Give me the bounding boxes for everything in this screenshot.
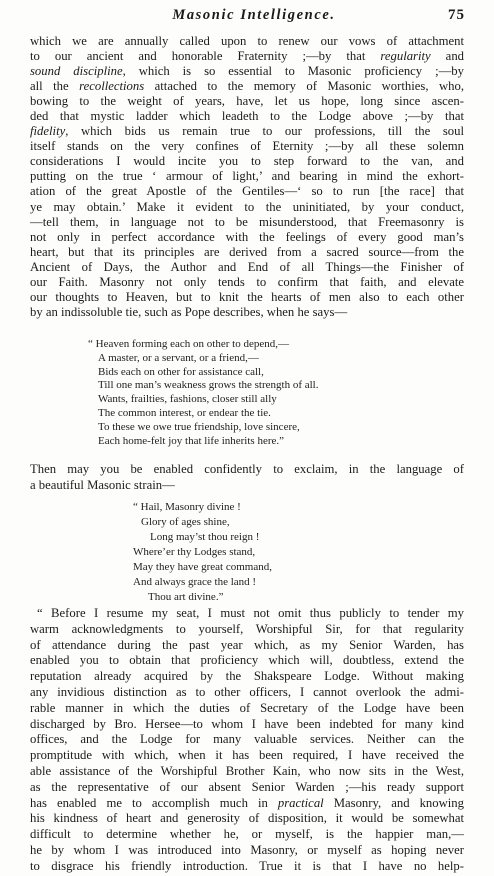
- text-line: bowing to the weight of years, have, let…: [30, 94, 464, 109]
- text-line: Where’er thy Lodges stand,: [133, 545, 433, 560]
- text-line: ded that mystic ladder which leadeth to …: [30, 109, 464, 124]
- text-line: promptitude with which, when it has been…: [30, 748, 464, 764]
- text-line: Ancient of Days, the Author and End of a…: [30, 260, 464, 275]
- text-line: of attendance during the past year which…: [30, 638, 464, 654]
- text-line: “ Before I resume my seat, I must not om…: [30, 606, 464, 622]
- text-line: able assistance of the Worshipful Brothe…: [30, 764, 464, 780]
- paragraph-2: Then may you be enabled confidently to e…: [30, 461, 464, 493]
- text-line: ation of the great Apostle of the Gentil…: [30, 184, 464, 199]
- page-number: 75: [448, 7, 465, 24]
- text-line: “ Heaven forming each on other to depend…: [88, 338, 428, 352]
- text-line: enabled you to obtain that proficiency w…: [30, 653, 464, 669]
- text-line: itself stands on the very confines of Et…: [30, 139, 464, 154]
- text-line: not only in perfect accordance with the …: [30, 230, 464, 245]
- text-line: Till one man’s weakness grows the streng…: [98, 379, 428, 393]
- text-line: Then may you be enabled confidently to e…: [30, 461, 464, 477]
- text-line: fidelity, which bids us remain true to o…: [30, 124, 464, 139]
- text-line: a beautiful Masonic strain—: [30, 477, 464, 493]
- paragraph-1: which we are annually called upon to ren…: [30, 34, 464, 320]
- text-line: considerations I would incite you to ste…: [30, 154, 464, 169]
- text-line: Thou art divine.”: [148, 590, 433, 605]
- text-line: To these we owe true friendship, love si…: [98, 421, 428, 435]
- text-line: “ Hail, Masonry divine !: [133, 500, 433, 515]
- text-line: he by whom I was introduced into Masonry…: [30, 843, 464, 859]
- text-line: The common interest, or endear the tie.: [98, 407, 428, 421]
- verse-block-pope-quote: “ Heaven forming each on other to depend…: [88, 338, 428, 448]
- text-line: A master, or a servant, or a friend,—: [98, 352, 428, 366]
- paragraph-3: “ Before I resume my seat, I must not om…: [30, 606, 464, 875]
- text-line: our thoughts to Heaven, but to knit the …: [30, 290, 464, 305]
- text-line: Each home-felt joy that life inherits he…: [98, 435, 428, 449]
- page-header: Masonic Intelligence. 75: [0, 7, 494, 27]
- book-page: Masonic Intelligence. 75 which we are an…: [0, 0, 494, 876]
- text-line: Long may’st thou reign !: [150, 530, 433, 545]
- text-line: rable manner in which the duties of Secr…: [30, 701, 464, 717]
- text-line: ye may obtain.’ Make it evident to the u…: [30, 200, 464, 215]
- text-line: any invidious distinction as to other of…: [30, 685, 464, 701]
- text-line: warm acknowledgments to yourself, Worshi…: [30, 622, 464, 638]
- text-line: Bids each on other for assistance call,: [98, 366, 428, 380]
- text-line: has enabled me to accomplish much in pra…: [30, 796, 464, 812]
- text-line: Wants, frailties, fashions, closer still…: [98, 393, 428, 407]
- text-line: putting on the true ‘ armour of light,’ …: [30, 169, 464, 184]
- text-line: —tell them, in language not to be misund…: [30, 215, 464, 230]
- text-line: to our ancient and honorable Fraternity …: [30, 49, 464, 64]
- text-line: to disgrace his friendly introduction. T…: [30, 859, 464, 875]
- text-line: Glory of ages shine,: [141, 515, 433, 530]
- text-line: all the recollections attached to the me…: [30, 79, 464, 94]
- text-line: May they have great command,: [133, 560, 433, 575]
- text-line: discharged by Bro. Hersee—to whom I have…: [30, 717, 464, 733]
- text-line: offices, and the Lodge for many valuable…: [30, 732, 464, 748]
- verse-block-masonic-strain: “ Hail, Masonry divine !Glory of ages sh…: [133, 500, 433, 605]
- text-line: our Faith. Masonry not only tends to con…: [30, 275, 464, 290]
- text-line: difficult to determine whether he, or my…: [30, 827, 464, 843]
- text-line: which we are annually called upon to ren…: [30, 34, 464, 49]
- text-line: And always grace the land !: [133, 575, 433, 590]
- text-line: heart, but that its principles are deriv…: [30, 245, 464, 260]
- text-line: his kindness of heart and generosity of …: [30, 811, 464, 827]
- running-title: Masonic Intelligence.: [0, 7, 494, 24]
- text-line: reputation already acquired by the Shaks…: [30, 669, 464, 685]
- text-line: as the representative of our absent Seni…: [30, 780, 464, 796]
- text-line: by an indissoluble tie, such as Pope des…: [30, 305, 464, 320]
- text-line: sound discipline, which is so essential …: [30, 64, 464, 79]
